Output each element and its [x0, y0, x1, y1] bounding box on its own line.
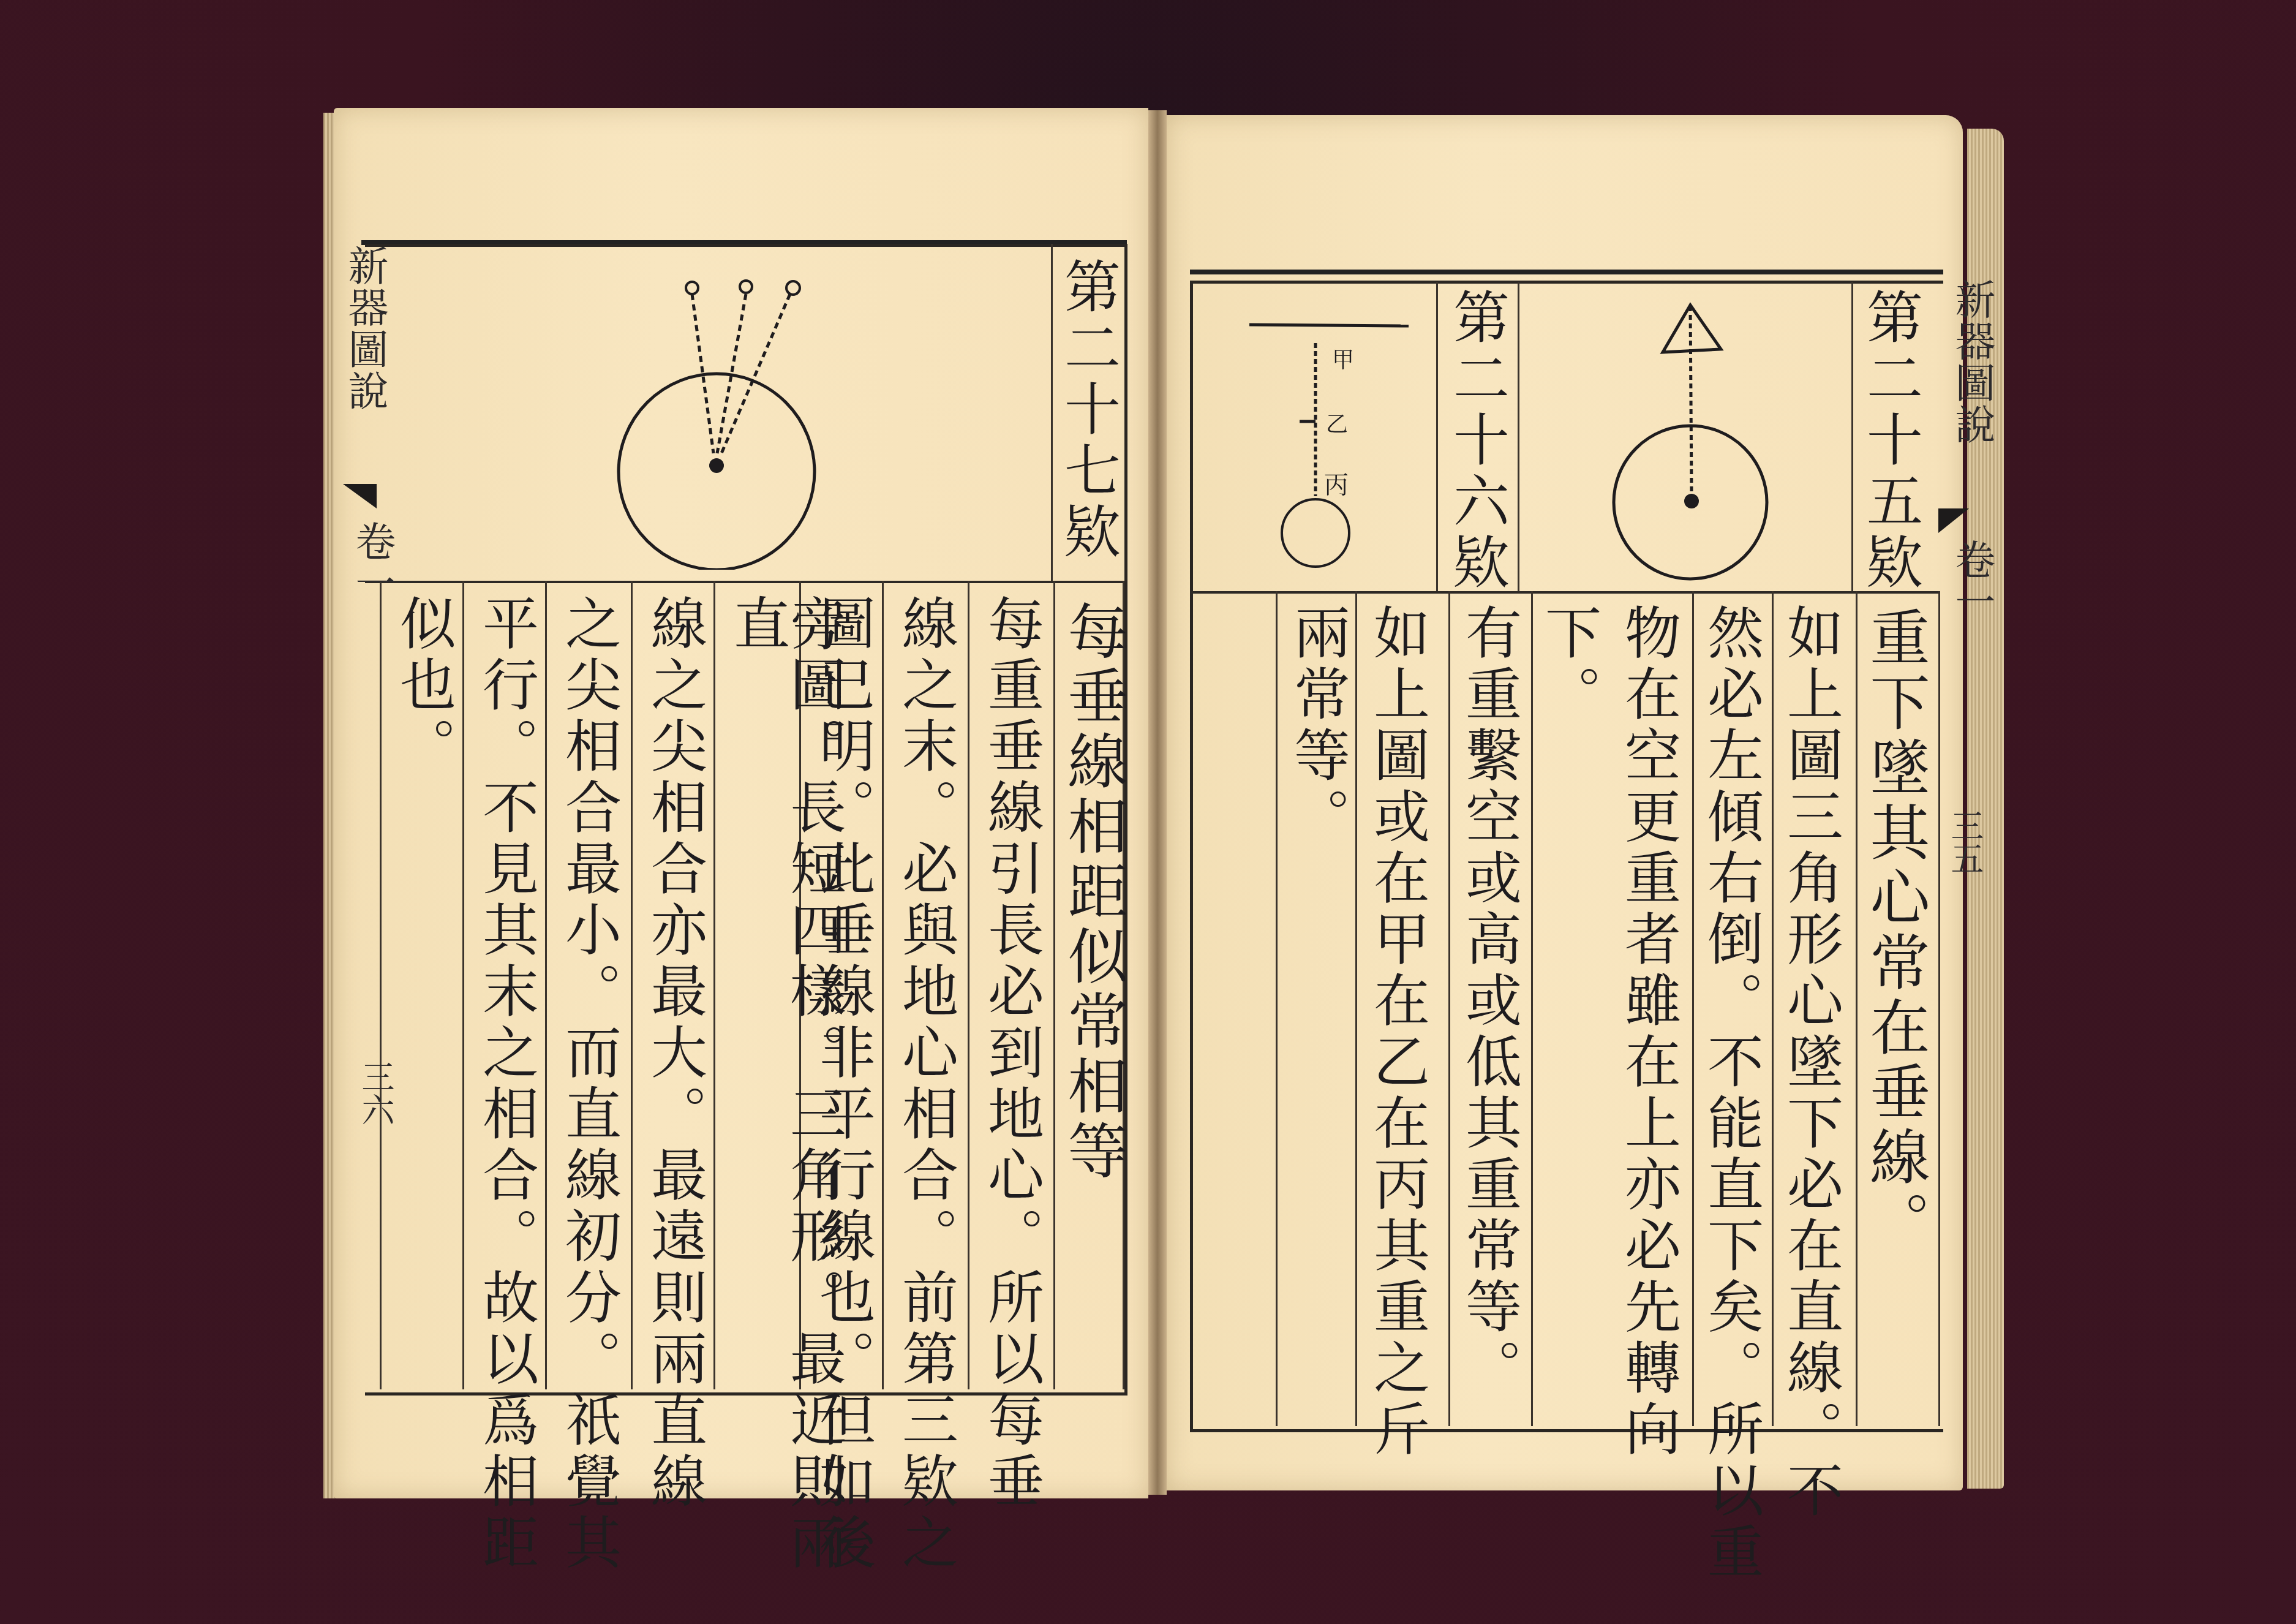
section-27-body-line-8: 似也。: [395, 594, 451, 778]
right-margin-book-title: 新器圖說: [1943, 279, 2001, 445]
left-margin-book-title: 新器圖說: [336, 245, 394, 412]
section-26-body-line-1: 有重繫空或高或低其重常等。: [1461, 603, 1517, 1400]
pendulum-figure: 甲 乙 丙: [1249, 312, 1433, 576]
left-margin-volume: 卷一: [343, 521, 401, 604]
section-26-body-line-2: 如上圖或在甲在乙在丙其重之斤: [1369, 603, 1425, 1461]
right-heading-rule-26b: [1436, 282, 1438, 591]
column-rule: [1938, 591, 1940, 1426]
column-rule: [1772, 591, 1774, 1426]
column-rule: [1692, 591, 1694, 1426]
left-figure-divider: [365, 581, 1124, 583]
book-gutter: [1148, 110, 1167, 1495]
column-rule: [545, 581, 547, 1389]
section-25-heading: 第二十五欵: [1862, 288, 1918, 594]
section-27-body-line-2: 線之末。必與地心相合。前第三欵之: [897, 594, 954, 1574]
arrow-circle-figure: [1598, 294, 1782, 582]
right-top-rule: [1190, 270, 1943, 274]
section-26-body-line-3: 兩常等。: [1289, 603, 1346, 848]
left-heading-rule: [1051, 244, 1053, 581]
column-rule: [1276, 591, 1278, 1426]
fishtail-marker-left: [343, 484, 377, 508]
column-rule: [1856, 591, 1858, 1426]
section-27-title: 每垂線相距似常相等: [1063, 600, 1123, 1185]
fishtail-marker-right: [1938, 508, 1969, 533]
column-rule: [631, 581, 633, 1389]
three-plumb-lines-figure: [606, 270, 827, 570]
section-27-body-line-1: 每重垂線引長必到地心。所以每垂: [983, 594, 1039, 1513]
figure-label-jia: 甲: [1332, 348, 1354, 373]
section-27-body-line-5: 線之尖相合亦最大。最遠則兩直線: [646, 594, 702, 1513]
column-rule: [1053, 581, 1055, 1389]
right-figure-divider: [1190, 591, 1940, 594]
column-rule: [1531, 591, 1533, 1426]
section-25-body-line-3: 物在空更重者雖在上亦必先轉向: [1620, 603, 1676, 1461]
section-27-body-line-7: 平行。不見其末之相合。故以爲相距: [478, 594, 534, 1574]
section-26-heading: 第二十六欵: [1448, 288, 1505, 594]
right-heading-rule-26a: [1518, 282, 1519, 591]
section-25-body-line-2: 然必左傾右倒。不能直下矣。所以重: [1703, 603, 1759, 1584]
column-rule: [380, 581, 382, 1389]
section-25-title: 重下墜其心常在垂線。: [1865, 606, 1925, 1256]
figure-label-bing: 丙: [1324, 471, 1349, 499]
section-25-body-line-4: 下。: [1540, 603, 1597, 726]
right-folio-number: 三五: [1941, 809, 1989, 875]
right-margin-volume: 卷一: [1943, 539, 2001, 622]
column-rule: [968, 581, 969, 1389]
column-rule: [882, 581, 884, 1389]
column-rule: [713, 581, 715, 1389]
left-folio-number: 三六: [352, 1060, 399, 1126]
section-27-heading: 第二十七欵: [1060, 257, 1116, 564]
right-heading-rule-25: [1851, 282, 1853, 591]
section-27-body-line-6: 之尖相合最小。而直線初分。祇覺其: [560, 594, 617, 1574]
figure-label-yi: 乙: [1326, 412, 1348, 437]
open-book: 新器圖說 卷一 三六 第二十七欵 每垂線相距似常相等 每重垂線引長必到地心。所以…: [0, 0, 2296, 1624]
section-25-body-line-1: 如上圖三角形心墜下必在直線。不: [1782, 603, 1839, 1522]
column-rule: [1448, 591, 1450, 1426]
section-27-body-line-4: 旁圖。長短四樣。三角形。最近則兩直: [729, 594, 841, 1624]
column-rule: [1355, 591, 1357, 1426]
column-rule: [462, 581, 464, 1389]
